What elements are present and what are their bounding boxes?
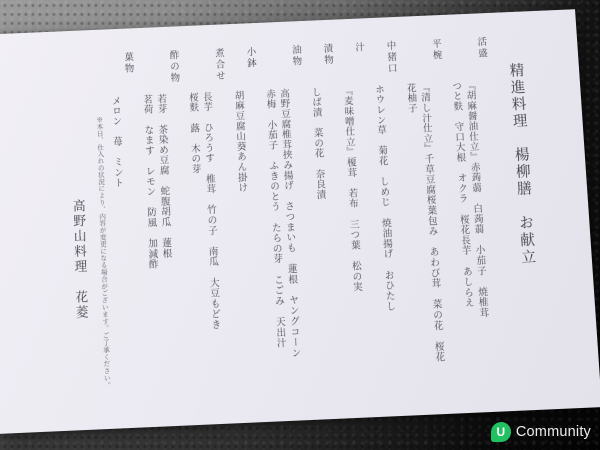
leaf-letter: U: [497, 426, 506, 438]
watermark-label: Community: [516, 424, 591, 440]
community-watermark: U Community: [491, 422, 591, 442]
restaurant-name: 高野山料理 花菱: [71, 199, 91, 418]
menu-content: 精進料理 楊柳膳 お献立 活盛 『胡麻醤油仕立』赤蒟蒻 白蒟蒻 小茄子 焼椎茸 …: [0, 9, 600, 434]
menu-paper: 精進料理 楊柳膳 お献立 活盛 『胡麻醤油仕立』赤蒟蒻 白蒟蒻 小茄子 焼椎茸 …: [0, 9, 600, 434]
menu-section-sunomono: 酢の物 若芽 茶染め豆腐 蛇腹胡瓜 蓮根 茗荷 なます レモン 防風 加減酢: [139, 50, 190, 415]
menu-section-niawase: 煮合せ 長芋 ひろうす 椎茸 竹の子 南瓜 大豆もどき 桜麩 蕗 木の芽: [184, 48, 237, 413]
disclaimer-note: ※本日、仕入れの状況により、内容が変更になる場合がございます。ご了承ください。: [95, 116, 111, 417]
menu-section-kabutsu: 菓物 メロン 苺 ミント: [107, 52, 143, 416]
menu-title: 精進料理 楊柳膳 お献立: [506, 62, 544, 397]
menu-section-abura: 油物 高野豆腐椎茸挟み揚げ さつまいも 蓮根 ヤングコーン 赤梅 小茄子 ふきの…: [261, 45, 316, 409]
ucommunity-leaf-icon: U: [491, 422, 511, 442]
